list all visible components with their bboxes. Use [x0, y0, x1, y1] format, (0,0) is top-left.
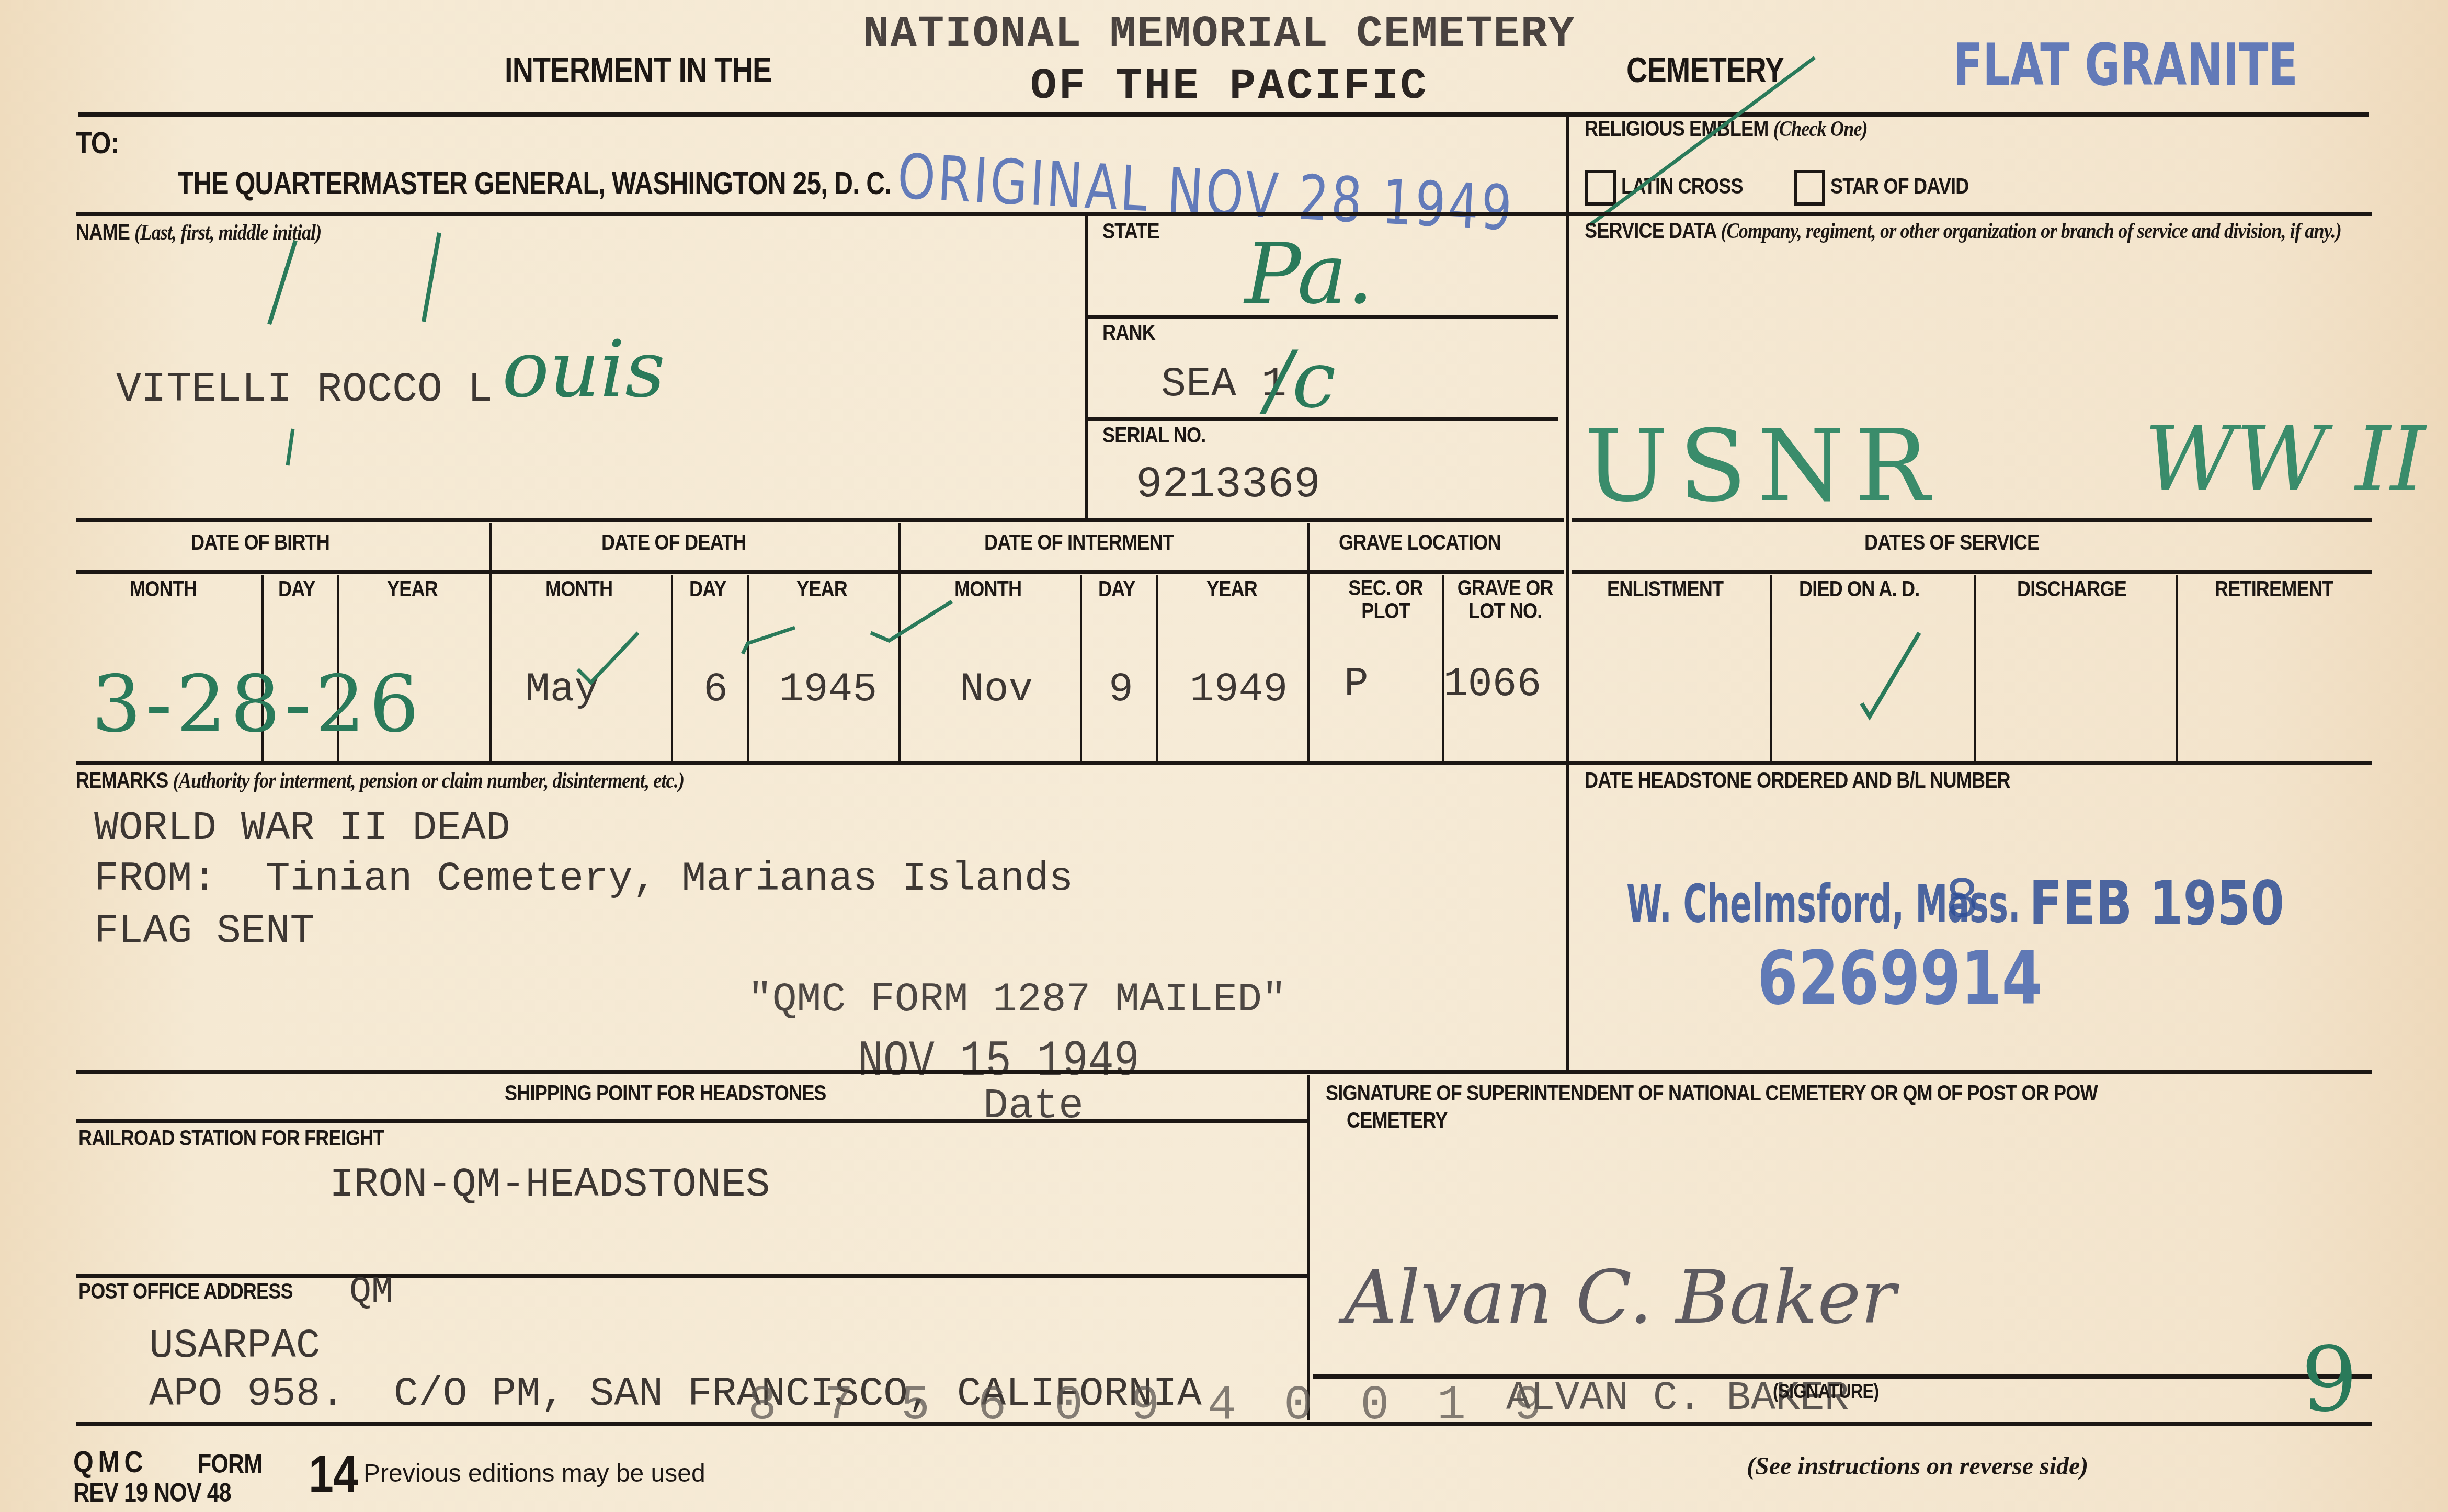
- addressee: THE QUARTERMASTER GENERAL, WASHINGTON 25…: [178, 165, 891, 202]
- interment-year: 1949: [1190, 667, 1288, 713]
- remarks-line-3: FLAG SENT: [94, 908, 314, 954]
- check-marks-icon: [251, 230, 523, 471]
- green-initial-mark: 9: [2301, 1328, 2358, 1432]
- cemetery-name-line1: NATIONAL MEMORIAL CEMETERY: [863, 9, 1576, 59]
- birth-day-label: DAY: [278, 576, 315, 601]
- divider: [76, 212, 1611, 216]
- divider: [78, 112, 2369, 117]
- divider: [76, 1422, 2372, 1426]
- birth-year-label: YEAR: [387, 576, 438, 601]
- dates-of-service-label: DATES OF SERVICE: [1864, 530, 2039, 555]
- service-data-label: SERVICE DATA (Company, regiment, or othe…: [1585, 219, 2385, 243]
- check-mark-icon: [1585, 52, 1820, 230]
- previous-editions-note: Previous editions may be used: [363, 1459, 705, 1488]
- grave-lot: 1066: [1443, 662, 1541, 708]
- grave-section: P: [1344, 662, 1369, 708]
- interment-year-label: YEAR: [1206, 576, 1257, 601]
- to-label: TO:: [76, 126, 119, 161]
- divider: [76, 1119, 1307, 1123]
- remarks-line-2: FROM: Tinian Cemetery, Marianas Islands: [94, 856, 1073, 902]
- divider: [76, 761, 2372, 765]
- rank-label: RANK: [1102, 320, 1155, 345]
- headstone-stamp-date: FEB 1950: [2029, 868, 2284, 939]
- address-line-1: USARPAC: [149, 1323, 321, 1369]
- form-number: 14: [309, 1445, 358, 1505]
- signature-label-line2: CEMETERY: [1347, 1108, 1447, 1133]
- title-left: INTERMENT IN THE: [505, 50, 771, 90]
- column-divider: [1307, 523, 1310, 761]
- date-of-death-label: DATE OF DEATH: [601, 530, 746, 555]
- service-war-handwritten: WW II: [2144, 408, 2426, 511]
- post-office-prefix: QM: [349, 1272, 393, 1313]
- interment-day: 9: [1109, 667, 1133, 713]
- birth-date-handwritten: 3-28-26: [92, 659, 424, 750]
- remarks-label: REMARKS (Authority for interment, pensio…: [76, 768, 684, 793]
- signature-caption: (SIGNATURE): [1773, 1381, 1878, 1403]
- headstone-order-label: DATE HEADSTONE ORDERED AND B/L NUMBER: [1585, 768, 2010, 793]
- column-divider: [489, 523, 492, 761]
- column-divider: [1974, 575, 1976, 761]
- died-on-ad-label: DIED ON A. D.: [1799, 576, 1919, 601]
- form-revision: REV 19 NOV 48: [73, 1477, 231, 1508]
- divider: [76, 1070, 2372, 1074]
- date-of-birth-label: DATE OF BIRTH: [191, 530, 329, 555]
- divider: [76, 518, 1564, 522]
- enlistment-label: ENLISTMENT: [1607, 576, 1723, 601]
- interment-day-label: DAY: [1098, 576, 1135, 601]
- serial-value: 9213369: [1136, 460, 1320, 510]
- divider: [1088, 315, 1558, 319]
- grave-lot-label: GRAVE OR LOT NO.: [1451, 576, 1559, 622]
- rank-handwritten: /c: [1266, 335, 1336, 426]
- form-word: FORM: [198, 1449, 262, 1479]
- railroad-station-value: IRON-QM-HEADSTONES: [329, 1162, 770, 1208]
- column-divider: [1080, 575, 1082, 761]
- check-mark-icon: [1857, 628, 1935, 722]
- name-handwritten-completion: ouis: [502, 324, 665, 415]
- column-divider: [1566, 115, 1569, 1072]
- service-branch-handwritten: USNR: [1585, 408, 1940, 524]
- column-divider: [1156, 575, 1158, 761]
- birth-month-label: MONTH: [130, 576, 197, 601]
- form-mailed-note: "QMC FORM 1287 MAILED": [748, 977, 1286, 1023]
- serial-label: SERIAL NO.: [1102, 423, 1205, 448]
- state-value: Pa.: [1245, 225, 1374, 323]
- column-divider: [1085, 214, 1088, 518]
- divider: [76, 570, 1564, 574]
- form-mailed-date: NOV 15 1949: [858, 1033, 1140, 1090]
- date-of-interment-label: DATE OF INTERMENT: [984, 530, 1174, 555]
- star-of-david-label: STAR OF DAVID: [1830, 174, 1968, 199]
- check-marks-icon: [575, 591, 994, 696]
- retirement-label: RETIREMENT: [2215, 576, 2333, 601]
- headstone-stamp-day: 8: [1945, 868, 1979, 929]
- name-value: VITELLI ROCCO L: [116, 366, 493, 414]
- handwritten-signature: Alvan C. Baker: [1344, 1255, 1896, 1340]
- divider: [1088, 417, 1558, 421]
- form-org: QMC: [73, 1445, 147, 1480]
- column-divider: [1770, 575, 1772, 761]
- remarks-line-1: WORLD WAR II DEAD: [94, 805, 510, 851]
- state-label: STATE: [1102, 219, 1159, 244]
- railroad-station-label: RAILROAD STATION FOR FREIGHT: [78, 1126, 384, 1151]
- column-divider: [1307, 1075, 1310, 1420]
- instructions-note: (See instructions on reverse side): [1747, 1452, 2088, 1481]
- discharge-label: DISCHARGE: [2017, 576, 2126, 601]
- column-divider: [2176, 575, 2178, 761]
- divider: [1572, 570, 2372, 574]
- post-office-label: POST OFFICE ADDRESS: [78, 1279, 293, 1304]
- divider: [1572, 518, 2372, 522]
- cemetery-name-line2: OF THE PACIFIC: [1030, 62, 1429, 111]
- signature-label-line1: SIGNATURE OF SUPERINTENDENT OF NATIONAL …: [1326, 1081, 2098, 1106]
- divider: [1572, 212, 2372, 216]
- bl-number: 6269914: [1757, 936, 2043, 1021]
- shipping-point-label: SHIPPING POINT FOR HEADSTONES: [505, 1081, 826, 1106]
- sec-plot-label: SEC. OR PLOT: [1336, 576, 1435, 622]
- grave-location-label: GRAVE LOCATION: [1339, 530, 1501, 555]
- headstone-type-stamp: FLAT GRANITE: [1953, 31, 2298, 98]
- divider: [76, 1274, 1307, 1278]
